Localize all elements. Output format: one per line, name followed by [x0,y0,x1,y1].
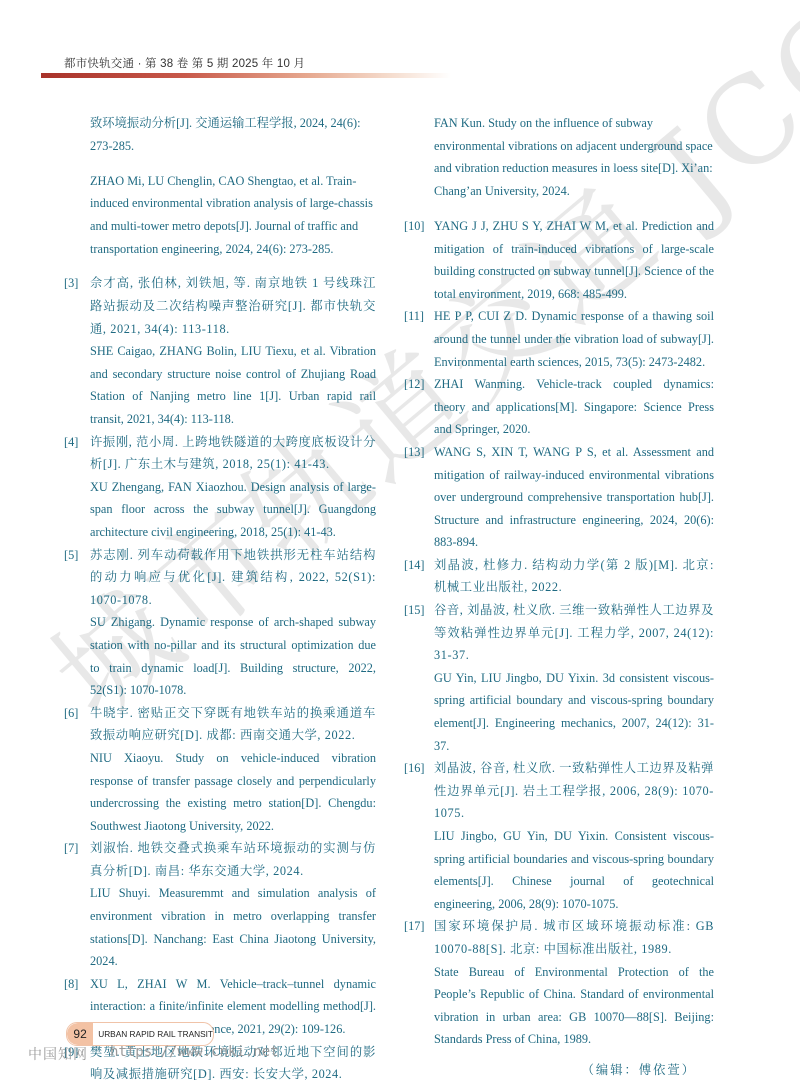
ref-continuation-2: 致环境振动分析[J]. 交通运输工程学报, 2024, 24(6): 273-2… [64,112,376,260]
reference-item: [16]刘晶波, 谷音, 杜义欣. 一致粘弹性人工边界及粘弹性边界单元[J]. … [404,757,714,915]
reference-item: [14]刘晶波, 杜修力. 结构动力学(第 2 版)[M]. 北京: 机械工业出… [404,554,714,599]
reference-number: [14] [404,554,425,577]
ref-en: SHE Caigao, ZHANG Bolin, LIU Tiexu, et a… [90,340,376,430]
reference-number: [4] [64,431,78,454]
right-column: FAN Kun. Study on the influence of subwa… [404,100,714,1082]
ref-zh: 谷音, 刘晶波, 杜义欣. 三维一致粘弹性人工边界及等效粘弹性边界单元[J]. … [434,599,714,667]
reference-number: [15] [404,599,425,622]
reference-item: [10]YANG J J, ZHU S Y, ZHAI W M, et al. … [404,215,714,305]
source-url[interactable]: https://www.cnki.net [110,1044,279,1064]
ref-zh: 牛晓宇. 密贴正交下穿既有地铁车站的换乘通道车致振动响应研究[D]. 成都: 西… [90,702,376,747]
reference-item: [5]苏志刚. 列车动荷载作用下地铁拱形无柱车站结构的动力响应与优化[J]. 建… [64,544,376,702]
ref-zh: 佘才高, 张伯林, 刘铁旭, 等. 南京地铁 1 号线珠江路站振动及二次结构噪声… [90,272,376,340]
ref-en: HE P P, CUI Z D. Dynamic response of a t… [434,305,714,373]
reference-item: [12]ZHAI Wanming. Vehicle-track coupled … [404,373,714,441]
ref-en: State Bureau of Environmental Protection… [434,961,714,1051]
reference-number: [8] [64,973,78,996]
reference-list: [10]YANG J J, ZHU S Y, ZHAI W M, et al. … [404,215,714,1051]
ref-en: XU Zhengang, FAN Xiaozhou. Design analys… [90,476,376,544]
ref-zh: 刘淑怡. 地铁交叠式换乘车站环境振动的实测与仿真分析[D]. 南昌: 华东交通大… [90,837,376,882]
source-watermark: 中国知网 https://www.cnki.net [28,1044,279,1064]
source-name: 中国知网 [28,1044,88,1064]
ref-zh: 刘晶波, 杜修力. 结构动力学(第 2 版)[M]. 北京: 机械工业出版社, … [434,554,714,599]
reference-item: [11]HE P P, CUI Z D. Dynamic response of… [404,305,714,373]
ref-en: ZHAI Wanming. Vehicle-track coupled dyna… [434,373,714,441]
reference-number: [16] [404,757,425,780]
header-rule [41,73,451,78]
ref-continuation-9: FAN Kun. Study on the influence of subwa… [404,112,714,202]
running-header: 都市快轨交通 · 第 38 卷 第 5 期 2025 年 10 月 [64,55,305,71]
ref-zh: 刘晶波, 谷音, 杜义欣. 一致粘弹性人工边界及粘弹性边界单元[J]. 岩土工程… [434,757,714,825]
editor-note: （编辑：傅依萱） [404,1059,714,1082]
page-footer: 92 URBAN RAPID RAIL TRANSIT [66,1022,214,1046]
reference-number: [12] [404,373,425,396]
reference-number: [17] [404,915,425,938]
ref-en: WANG S, XIN T, WANG P S, et al. Assessme… [434,441,714,554]
page-number: 92 [67,1023,93,1045]
ref-en: YANG J J, ZHU S Y, ZHAI W M, et al. Pred… [434,215,714,305]
ref-zh: 苏志刚. 列车动荷载作用下地铁拱形无柱车站结构的动力响应与优化[J]. 建筑结构… [90,544,376,612]
reference-number: [11] [404,305,424,328]
ref-en: SU Zhigang. Dynamic response of arch-sha… [90,611,376,701]
ref-en: LIU Jingbo, GU Yin, DU Yixin. Consistent… [434,825,714,915]
journal-name: URBAN RAPID RAIL TRANSIT [93,1029,213,1039]
reference-item: [17]国家环境保护局. 城市区域环境振动标准: GB 10070-88[S].… [404,915,714,1051]
ref-en: FAN Kun. Study on the influence of subwa… [434,112,714,202]
reference-number: [5] [64,544,78,567]
ref-en: GU Yin, LIU Jingbo, DU Yixin. 3d consist… [434,667,714,757]
reference-item: [6]牛晓宇. 密贴正交下穿既有地铁车站的换乘通道车致振动响应研究[D]. 成都… [64,702,376,838]
reference-number: [3] [64,272,78,295]
reference-list: [3]佘才高, 张伯林, 刘铁旭, 等. 南京地铁 1 号线珠江路站振动及二次结… [64,272,376,1085]
reference-item: [15]谷音, 刘晶波, 杜义欣. 三维一致粘弹性人工边界及等效粘弹性边界单元[… [404,599,714,757]
left-column: 致环境振动分析[J]. 交通运输工程学报, 2024, 24(6): 273-2… [64,100,376,1086]
ref-zh: 致环境振动分析[J]. 交通运输工程学报, 2024, 24(6): 273-2… [90,112,376,157]
reference-item: [4]许振刚, 范小周. 上跨地铁隧道的大跨度底板设计分析[J]. 广东土木与建… [64,431,376,544]
reference-number: [7] [64,837,78,860]
ref-zh: 许振刚, 范小周. 上跨地铁隧道的大跨度底板设计分析[J]. 广东土木与建筑, … [90,431,376,476]
reference-item: [3]佘才高, 张伯林, 刘铁旭, 等. 南京地铁 1 号线珠江路站振动及二次结… [64,272,376,430]
ref-en: LIU Shuyi. Measuremmt and simulation ana… [90,882,376,972]
reference-number: [6] [64,702,78,725]
reference-number: [10] [404,215,425,238]
ref-en: ZHAO Mi, LU Chenglin, CAO Shengtao, et a… [90,170,376,260]
reference-number: [13] [404,441,425,464]
reference-item: [7]刘淑怡. 地铁交叠式换乘车站环境振动的实测与仿真分析[D]. 南昌: 华东… [64,837,376,973]
ref-zh: 国家环境保护局. 城市区域环境振动标准: GB 10070-88[S]. 北京:… [434,915,714,960]
ref-en: NIU Xiaoyu. Study on vehicle-induced vib… [90,747,376,837]
reference-item: [13]WANG S, XIN T, WANG P S, et al. Asse… [404,441,714,554]
